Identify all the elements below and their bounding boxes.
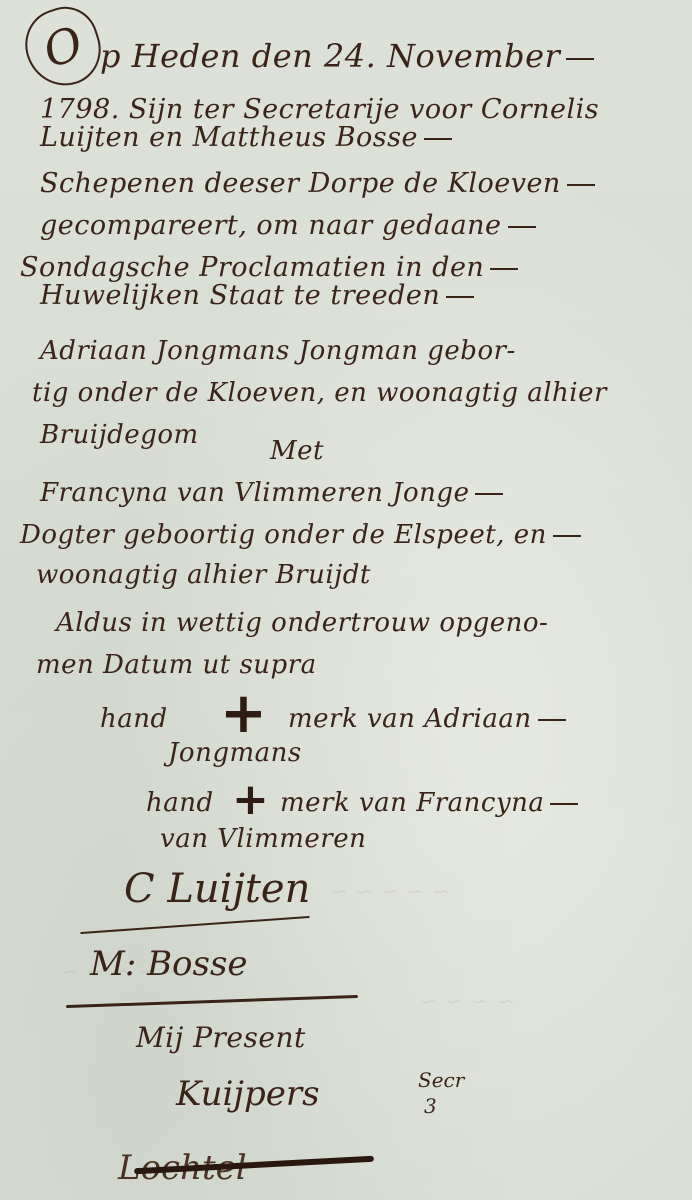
mark-bride-name: van Vlimmeren: [160, 826, 366, 852]
mark-groom-suffix: merk van Adriaan: [288, 706, 566, 732]
attestation-text: Mij Present: [136, 1024, 306, 1052]
bleed-through-text: ~ ~ ~ ~: [420, 990, 515, 1015]
text-line-10: Bruijdegom: [40, 422, 199, 448]
mark-groom-prefix: hand: [100, 706, 168, 732]
signature-bosse: M: Bosse: [90, 944, 248, 984]
text-line-2: 1798. Sijn ter Secretarije voor Cornelis: [40, 96, 599, 123]
text-line-1: p Heden den 24. November: [100, 40, 594, 72]
bleed-through-text: ~ ~ ~ ~ ~: [330, 880, 450, 905]
text-line-12: Francyna van Vlimmeren Jonge: [40, 480, 503, 506]
mark-bride-prefix: hand: [146, 790, 214, 816]
text-line-8: Adriaan Jongmans Jongman gebor-: [40, 338, 516, 364]
secretary-number: 3: [424, 1094, 437, 1118]
text-line-6: Sondagsche Proclamatien in den: [20, 254, 518, 281]
text-line-7: Huwelijken Staat te treeden: [40, 282, 474, 309]
text-line-14: woonagtig alhier Bruijdt: [36, 562, 371, 588]
text-line-13: Dogter geboortig onder de Elspeet, en: [20, 522, 581, 548]
text-line-16: men Datum ut supra: [36, 652, 317, 678]
text-line-11: Met: [270, 438, 324, 464]
mark-bride-suffix: merk van Francyna: [280, 790, 578, 816]
text-line-5: gecompareert, om naar gedaane: [40, 212, 536, 239]
mark-groom-name: Jongmans: [168, 740, 302, 766]
secretary-title: Secr: [418, 1068, 464, 1092]
text-line-15: Aldus in wettig ondertrouw opgeno-: [56, 610, 548, 636]
mark-groom-cross-icon: +: [220, 686, 267, 742]
text-line-4: Schepenen deeser Dorpe de Kloeven: [40, 170, 595, 197]
initial-letter: O: [37, 15, 90, 78]
signature-secretary: Kuijpers: [176, 1074, 320, 1114]
signature-luijten: C Luijten: [124, 866, 310, 912]
text-line-9: tig onder de Kloeven, en woonagtig alhie…: [32, 380, 607, 406]
mark-bride-cross-icon: +: [232, 778, 269, 822]
text-line-3: Luijten en Mattheus Bosse: [40, 124, 452, 151]
